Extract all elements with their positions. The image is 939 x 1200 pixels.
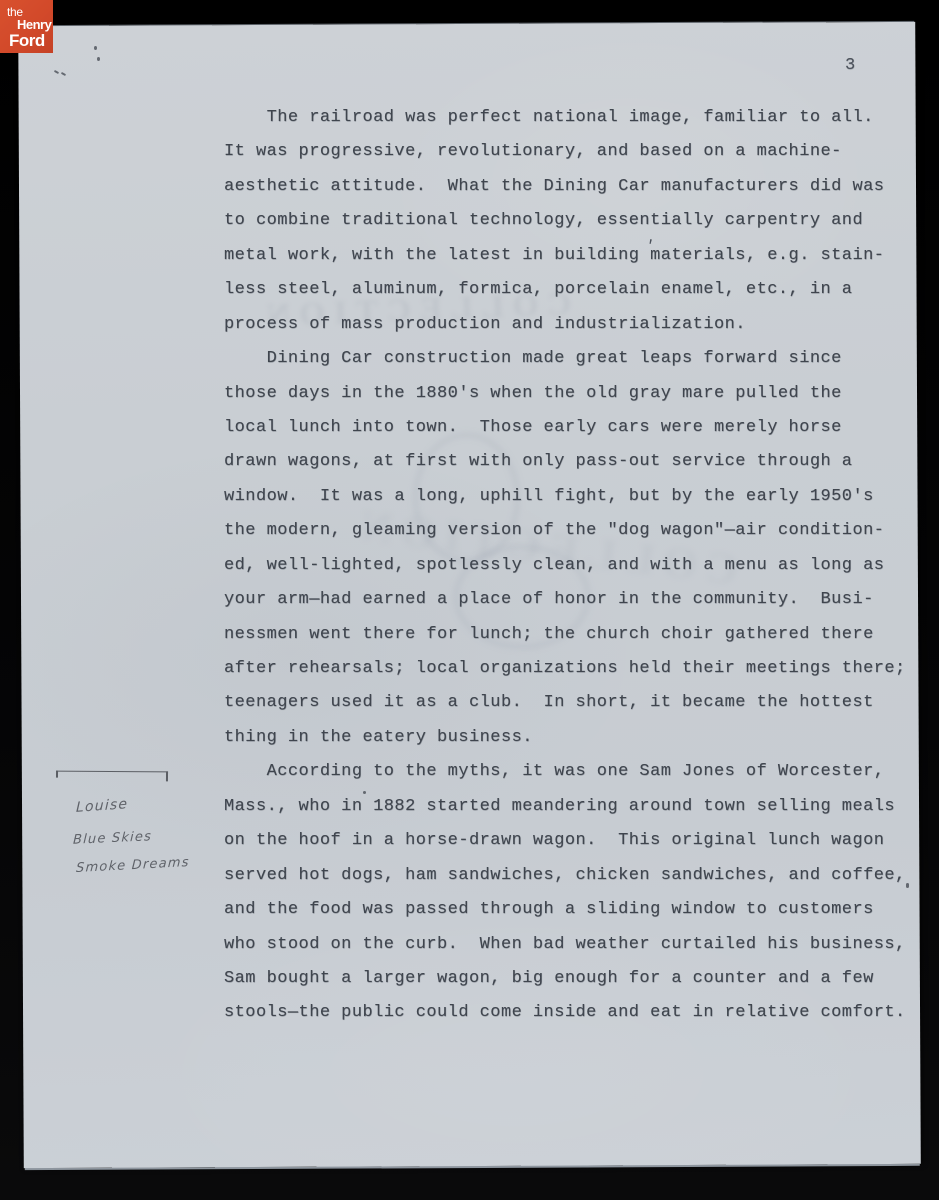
typed-line: the modern, gleaming version of the "dog… (224, 514, 924, 548)
typed-line: thing in the eatery business. (224, 721, 924, 755)
typed-line: Dining Car construction made great leaps… (224, 342, 924, 376)
typed-line: It was progressive, revolutionary, and b… (224, 135, 924, 169)
typed-line: served hot dogs, ham sandwiches, chicken… (224, 859, 924, 893)
typed-line: less steel, aluminum, formica, porcelain… (224, 273, 924, 307)
typed-line: who stood on the curb. When bad weather … (224, 928, 924, 962)
typed-line: on the hoof in a horse-drawn wagon. This… (224, 824, 924, 858)
typed-line: drawn wagons, at first with only pass-ou… (224, 445, 924, 479)
typed-line: window. It was a long, uphill fight, but… (224, 480, 924, 514)
typed-line: stools—the public could come inside and … (224, 996, 924, 1030)
ink-speck (94, 46, 97, 50)
typed-line: to combine traditional technology, essen… (224, 204, 924, 238)
typed-line: process of mass production and industria… (224, 308, 924, 342)
henry-ford-logo: the Henry Ford (0, 0, 53, 53)
typed-line: local lunch into town. Those early cars … (224, 411, 924, 445)
typed-line: those days in the 1880's when the old gr… (224, 377, 924, 411)
logo-text-henry: Henry (17, 17, 51, 32)
typed-text-block: The railroad was perfect national image,… (224, 101, 924, 1031)
ink-speck (97, 57, 100, 61)
typed-line: metal work, with the latest in building … (224, 239, 924, 273)
typed-line: Mass., who in 1882 started meandering ar… (224, 790, 924, 824)
typed-line: According to the myths, it was one Sam J… (224, 755, 924, 789)
ink-speck (906, 883, 909, 888)
typed-line: aesthetic attitude. What the Dining Car … (224, 170, 924, 204)
typed-line: after rehearsals; local organizations he… (224, 652, 924, 686)
typed-line: The railroad was perfect national image,… (224, 101, 924, 135)
typed-line: your arm—had earned a place of honor in … (224, 583, 924, 617)
typed-line: and the food was passed through a slidin… (224, 893, 924, 927)
typed-line: teenagers used it as a club. In short, i… (224, 686, 924, 720)
typed-line: Sam bought a larger wagon, big enough fo… (224, 962, 924, 996)
ink-speck (363, 791, 366, 794)
typed-line: nessmen went there for lunch; the church… (224, 618, 924, 652)
typed-line: ed, well-lighted, spotlessly clean, and … (224, 549, 924, 583)
scanned-document-page: COLLECTION COLLECTION the Henry Ford 3 T… (0, 0, 939, 1200)
handwritten-bracket (56, 771, 168, 782)
logo-text-ford: Ford (9, 31, 45, 51)
page-number: 3 (845, 56, 855, 75)
